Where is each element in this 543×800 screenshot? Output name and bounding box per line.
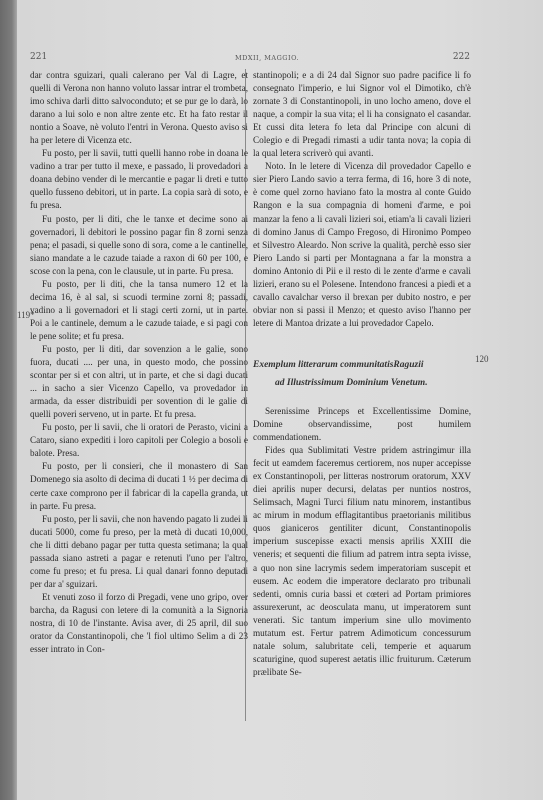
margin-note-120: 120 (475, 354, 489, 364)
paragraph: Et venuti zoso il forzo di Pregadi, vene… (30, 591, 248, 656)
rubric-title-line-1: Exemplum litterarum communitatisRaguzii (253, 356, 471, 374)
left-column: dar contra sguizari, quali calerano per … (30, 69, 248, 656)
spacer (253, 343, 471, 356)
page-number-right: 222 (453, 52, 470, 62)
paragraph: Fu posto, per li savii, tutti quelli han… (30, 147, 248, 212)
paragraph: Fu posto, per li diti, che la tansa nume… (30, 278, 248, 343)
spacer (253, 330, 471, 343)
page-number-left: 221 (30, 52, 47, 62)
page-header: 221 MDXII, MAGGIO. 222 (30, 52, 470, 66)
paragraph: Fu posto, per li consieri, che il monast… (30, 460, 248, 512)
paragraph: Fu posto, per li diti, dar sovenzion a l… (30, 343, 248, 421)
paragraph: Fu posto, per li savii, che li oratori d… (30, 421, 248, 460)
book-spine-edge (0, 0, 17, 800)
running-title: MDXII, MAGGIO. (235, 54, 299, 62)
paragraph: Serenissime Princeps et Excellentissime … (253, 405, 471, 444)
spacer (253, 392, 471, 405)
paragraph: Fu posto, per li diti, che le tanxe et d… (30, 213, 248, 278)
paragraph: Fides qua Sublimitati Vestre pridem astr… (253, 444, 471, 679)
paragraph: stantinopoli; e a di 24 dal Signor suo p… (253, 69, 471, 160)
rubric-title-line-2: ad Illustrissimum Dominium Venetum. (253, 374, 471, 392)
paragraph: Noto. In le letere di Vicenza dil proved… (253, 160, 471, 330)
paragraph: dar contra sguizari, quali calerano per … (30, 69, 248, 147)
paragraph: Fu posto, per li savii, che non havendo … (30, 513, 248, 591)
right-column: stantinopoli; e a di 24 dal Signor suo p… (253, 69, 471, 679)
